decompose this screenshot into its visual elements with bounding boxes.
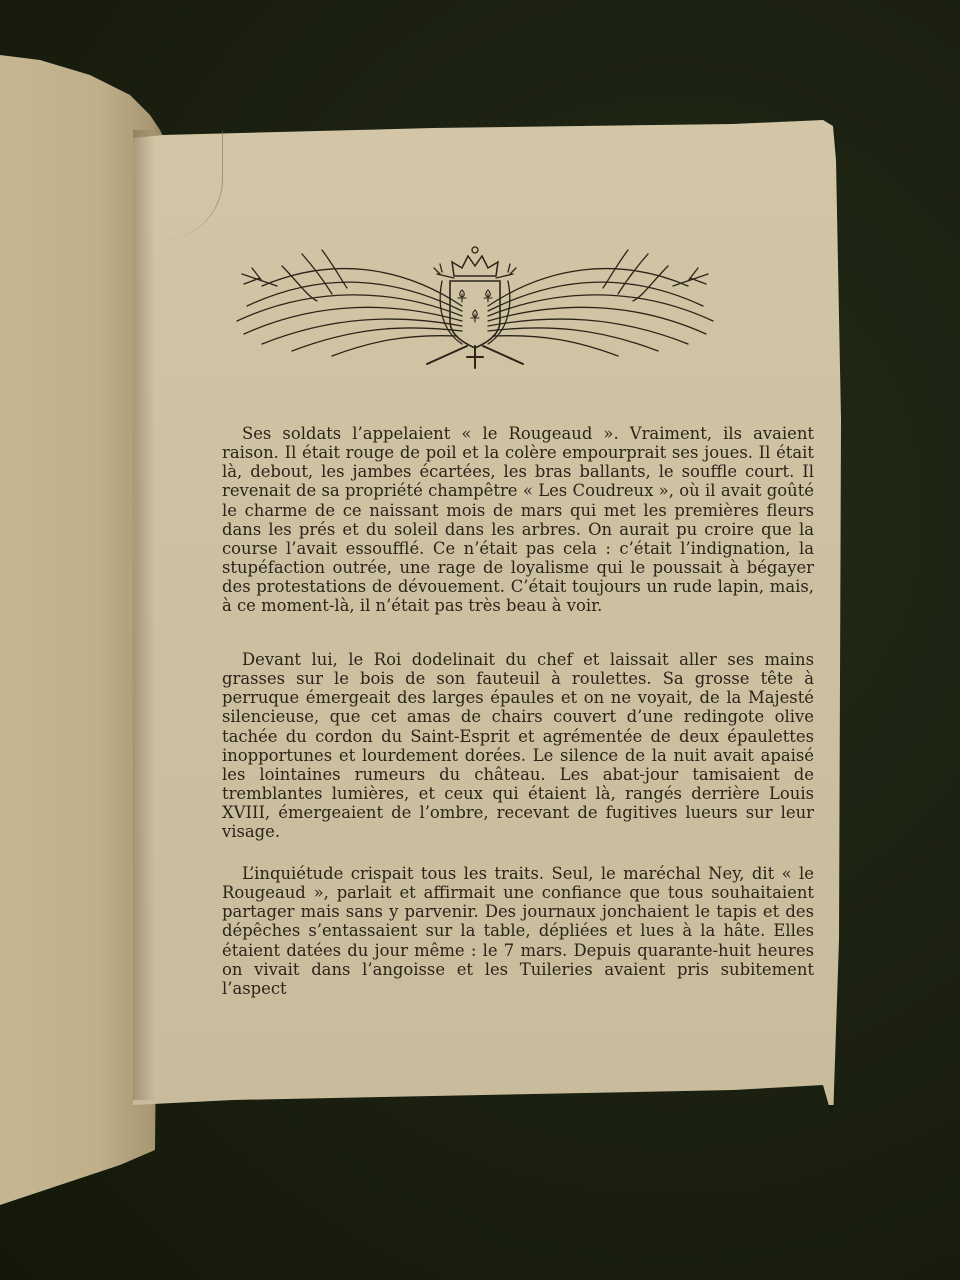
- left-wing: [237, 250, 462, 356]
- paragraph-3: L’inquiétude crispait tous les traits. S…: [222, 864, 814, 998]
- right-wing: [488, 250, 713, 356]
- royal-crest-vignette: [222, 226, 728, 370]
- crest-ornament-icon: [222, 226, 728, 370]
- paragraph-1: Ses soldats l’appelaient « le Rougeaud »…: [222, 424, 814, 616]
- paragraph-2: Devant lui, le Roi dodelinait du chef et…: [222, 650, 814, 842]
- gutter-shadow: [133, 130, 155, 1100]
